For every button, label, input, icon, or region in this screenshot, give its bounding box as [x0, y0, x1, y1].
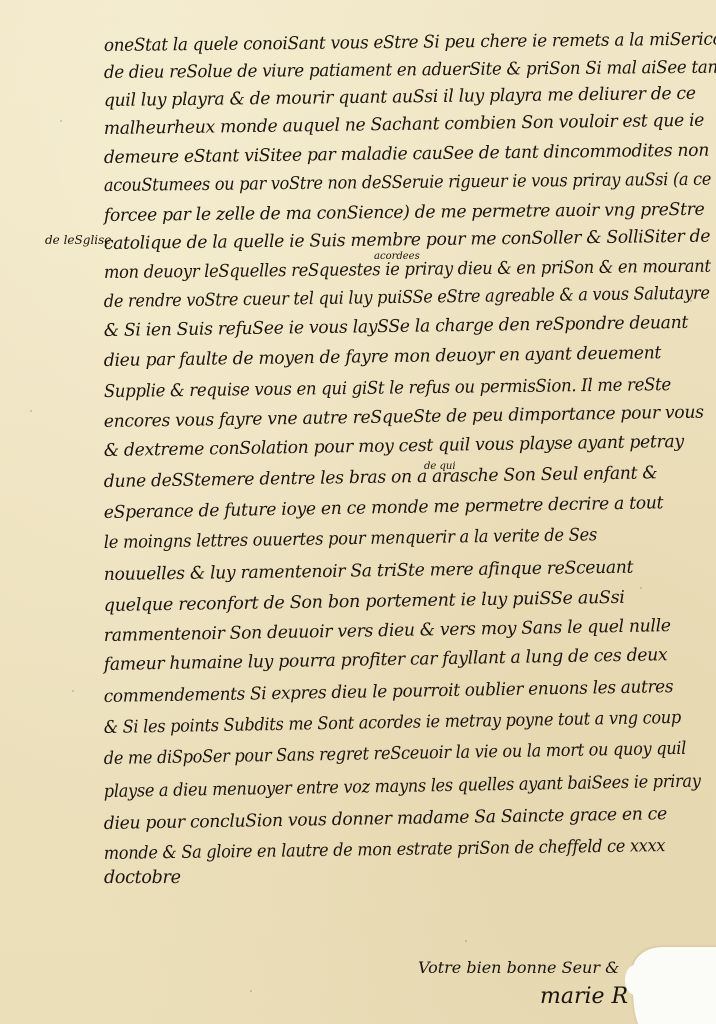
letter-line-22: fameur humaine luy pourra profiter car f… [104, 645, 668, 675]
letter-line-27: dieu pour concluSion vous donner madame … [104, 804, 667, 834]
letter-line-12: dieu par faulte de moyen de fayre mon de… [104, 343, 661, 371]
letter-line-19: nouuelles & luy ramentenoir Sa triSte me… [104, 558, 634, 585]
paper-speck [30, 410, 32, 412]
letter-line-5: demeure eStant viSitee par maladie cauSe… [104, 141, 709, 168]
letter-line-15: & dextreme conSolation pour moy cest qui… [104, 432, 684, 461]
letter-line-16: dune deSStemere dentre les bras on a ara… [104, 463, 658, 492]
letter-line-2: de dieu reSolue de viure patiament en ad… [104, 58, 716, 83]
letter-line-21: rammentenoir Son deuuoir vers dieu & ver… [104, 616, 671, 646]
interlinear-insert: de qui [424, 461, 456, 472]
letter-line-23: commendements Si expres dieu le pourroit… [104, 677, 674, 707]
signature: marie R [540, 984, 628, 1009]
paper-speck [465, 940, 467, 942]
letter-line-25: de me diSpoSer pour Sans regret reSceuoi… [104, 739, 687, 769]
letter-line-4: malheurheux monde auquel ne Sachant comb… [104, 111, 705, 139]
letter-line-28: monde & Sa gloire en lautre de mon estra… [104, 836, 666, 864]
letter-line-6: acouStumees ou par voStre non deSSeruie … [104, 170, 711, 196]
letter-line-8: catolique de la quelle ie Suis membre po… [104, 227, 711, 254]
letter-line-7: forcee par le zelle de ma conSience) de … [104, 200, 705, 226]
paper-speck [60, 120, 62, 122]
letter-line-3: quil luy playra & de mourir quant auSsi … [104, 84, 696, 111]
letter-page: de leSglise oneStat la quele conoiSant v… [0, 0, 716, 1024]
letter-line-20: quelque reconfort de Son bon portement i… [104, 588, 625, 616]
interlinear-insert: acordees [374, 251, 420, 262]
closing-salutation: Votre bien bonne Seur & [418, 958, 619, 977]
letter-line-11: & Si ien Suis refuSee ie vous laySSe la … [104, 313, 688, 341]
letter-line-10: de rendre voStre cueur tel qui luy puiSS… [104, 284, 710, 312]
letter-line-14: encores vous fayre vne autre reSqueSte d… [104, 403, 704, 432]
letter-line-29: doctobre [104, 868, 181, 888]
torn-paper-patch [633, 947, 716, 1024]
letter-line-18: le moingns lettres ouuertes pour menquer… [104, 525, 597, 553]
paper-speck [250, 990, 252, 992]
letter-line-1: oneStat la quele conoiSant vous eStre Si… [104, 29, 716, 56]
paper-speck [640, 587, 642, 589]
paper-speck [72, 690, 74, 692]
letter-line-26: playse a dieu menuoyer entre voz mayns l… [104, 772, 701, 802]
letter-line-13: Supplie & requise vous en qui giSt le re… [104, 375, 671, 402]
letter-line-17: eSperance de future ioye en ce monde me … [104, 493, 664, 523]
letter-line-24: & Si les points Subdits me Sont acordes … [104, 708, 681, 738]
margin-note: de leSglise [45, 233, 111, 247]
